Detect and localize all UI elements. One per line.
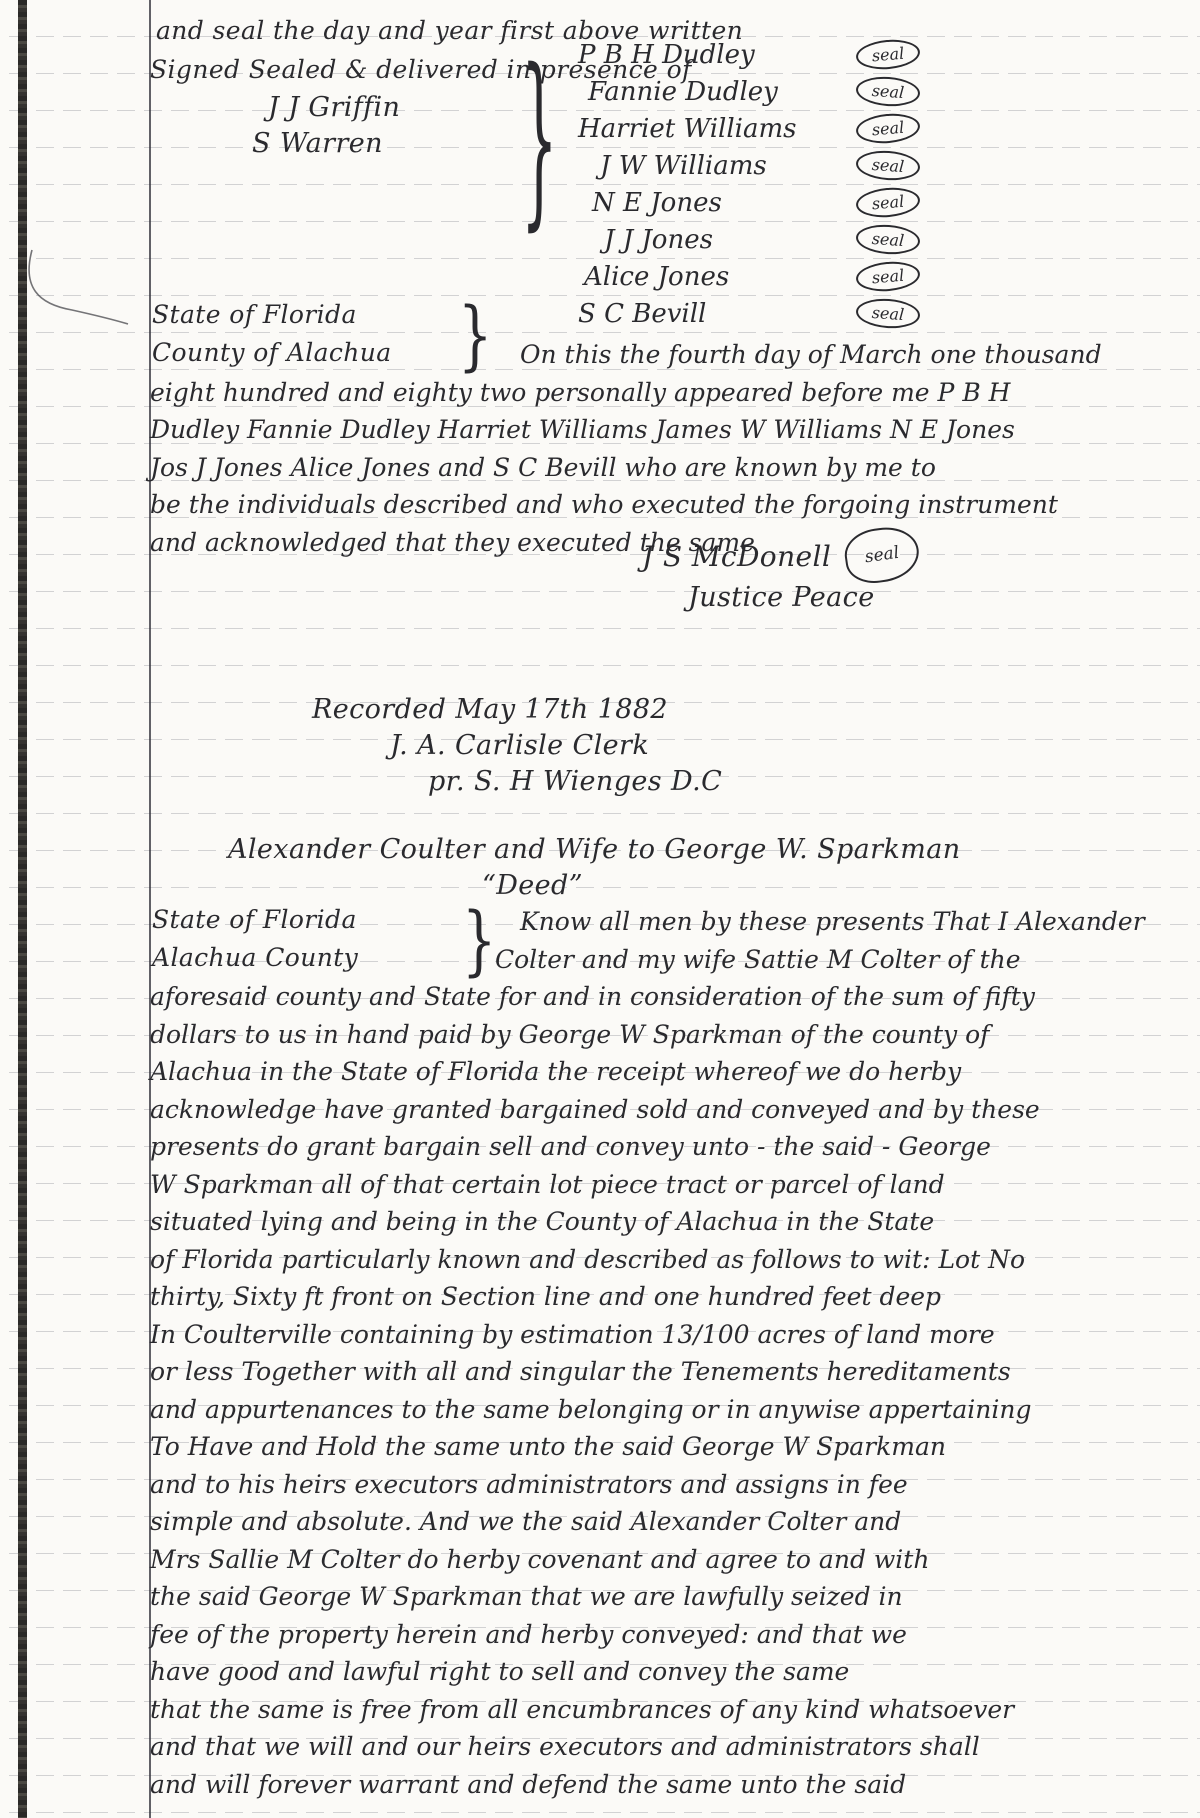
signer-name: N E Jones [592, 188, 856, 218]
officer-title: Justice Peace [688, 582, 875, 613]
signer-name: P B H Dudley [578, 40, 856, 70]
handwritten-line: In Coulterville containing by estimation… [150, 1316, 1022, 1354]
seal-label: seal [871, 118, 905, 140]
seal-label: seal [871, 229, 905, 250]
signature-row: J J Jones seal [578, 221, 920, 258]
handwritten-line: Mrs Sallie M Colter do herby covenant an… [150, 1541, 1022, 1579]
signer-name: J J Jones [604, 225, 856, 255]
handwritten-line: Alachua in the State of Florida the rece… [150, 1053, 1022, 1091]
seal-stamp: seal [855, 37, 921, 71]
signer-name: J W Williams [600, 151, 856, 181]
signature-row: Harriet Williams seal [578, 110, 920, 147]
seal-stamp: seal [855, 223, 921, 256]
clerk-signature: J. A. Carlisle Clerk [390, 730, 649, 761]
handwritten-line: and that we will and our heirs executors… [150, 1728, 1022, 1766]
handwritten-line: be the individuals described and who exe… [150, 486, 1022, 524]
handwritten-line: situated lying and being in the County o… [150, 1203, 1022, 1241]
handwritten-line: simple and absolute. And we the said Ale… [150, 1503, 1022, 1541]
handwritten-line: and to his heirs executors administrator… [150, 1466, 1022, 1504]
seal-stamp: seal [855, 75, 921, 108]
seal-stamp: seal [855, 259, 921, 293]
handwritten-line: aforesaid county and State for and in co… [150, 978, 1022, 1016]
signature-row: P B H Dudley seal [578, 36, 920, 73]
handwritten-line: of Florida particularly known and descri… [150, 1241, 1022, 1279]
jurat-state: State of Florida [152, 300, 357, 329]
handwritten-line: Know all men by these presents That I Al… [150, 903, 1022, 941]
handwritten-line: acknowledge have granted bargained sold … [150, 1091, 1022, 1129]
witness-signature-2: S Warren [252, 128, 383, 159]
brace-flourish: } [521, 52, 558, 239]
handwritten-line: and will forever warrant and defend the … [150, 1766, 1022, 1804]
handwritten-line: Colter and my wife Sattie M Colter of th… [150, 941, 1022, 979]
seal-stamp: seal [855, 149, 921, 182]
signature-row: J W Williams seal [578, 147, 920, 184]
handwritten-line: have good and lawful right to sell and c… [150, 1653, 1022, 1691]
signature-row: N E Jones seal [578, 184, 920, 221]
signature-row: S C Bevill seal [578, 295, 920, 332]
handwritten-line: W Sparkman all of that certain lot piece… [150, 1166, 1022, 1204]
handwritten-line: presents do grant bargain sell and conve… [150, 1128, 1022, 1166]
seal-label: seal [871, 192, 905, 214]
seal-label: seal [871, 155, 905, 176]
seal-stamp: seal [855, 111, 921, 145]
signature-list: P B H Dudley seal Fannie Dudley seal Har… [578, 36, 920, 332]
seal-label: seal [871, 44, 905, 66]
handwritten-line: On this the fourth day of March one thou… [150, 336, 1022, 374]
seal-label: seal [871, 266, 905, 288]
witness-signature-1: J J Griffin [268, 92, 400, 123]
handwritten-line: the said George W Sparkman that we are l… [150, 1578, 1022, 1616]
signature-row: Fannie Dudley seal [578, 73, 920, 110]
handwritten-line: fee of the property herein and herby con… [150, 1616, 1022, 1654]
seal-label: seal [871, 303, 905, 324]
deed-record-page: and seal the day and year first above wr… [0, 0, 1200, 1818]
deed-subtitle: “Deed” [482, 870, 583, 901]
stray-pen-mark [24, 242, 134, 332]
handwritten-line: thirty, Sixty ft front on Section line a… [150, 1278, 1022, 1316]
signer-name: Fannie Dudley [588, 77, 856, 107]
signer-name: Alice Jones [584, 262, 856, 292]
deed-title: Alexander Coulter and Wife to George W. … [228, 834, 961, 865]
seal-stamp: seal [855, 297, 921, 330]
handwritten-line: To Have and Hold the same unto the said … [150, 1428, 1022, 1466]
seal-label: seal [864, 543, 901, 568]
handwritten-line: eight hundred and eighty two personally … [150, 374, 1022, 412]
handwritten-line: Jos J Jones Alice Jones and S C Bevill w… [150, 449, 1022, 487]
deputy-clerk-signature: pr. S. H Wienges D.C [428, 766, 722, 797]
handwritten-line: that the same is free from all encumbran… [150, 1691, 1022, 1729]
recorded-date-line: Recorded May 17th 1882 [312, 694, 668, 725]
signature-row: Alice Jones seal [578, 258, 920, 295]
handwritten-line: and appurtenances to the same belonging … [150, 1391, 1022, 1429]
handwritten-line: dollars to us in hand paid by George W S… [150, 1016, 1022, 1054]
deed-body-paragraph: Know all men by these presents That I Al… [150, 903, 1022, 1803]
seal-label: seal [871, 81, 905, 102]
signer-name: Harriet Williams [578, 114, 856, 144]
handwritten-line: Dudley Fannie Dudley Harriet Williams Ja… [150, 411, 1022, 449]
officer-signature: J S McDonell [642, 540, 831, 573]
handwritten-line: or less Together with all and singular t… [150, 1353, 1022, 1391]
signer-name: S C Bevill [578, 299, 856, 329]
seal-stamp: seal [855, 185, 921, 219]
